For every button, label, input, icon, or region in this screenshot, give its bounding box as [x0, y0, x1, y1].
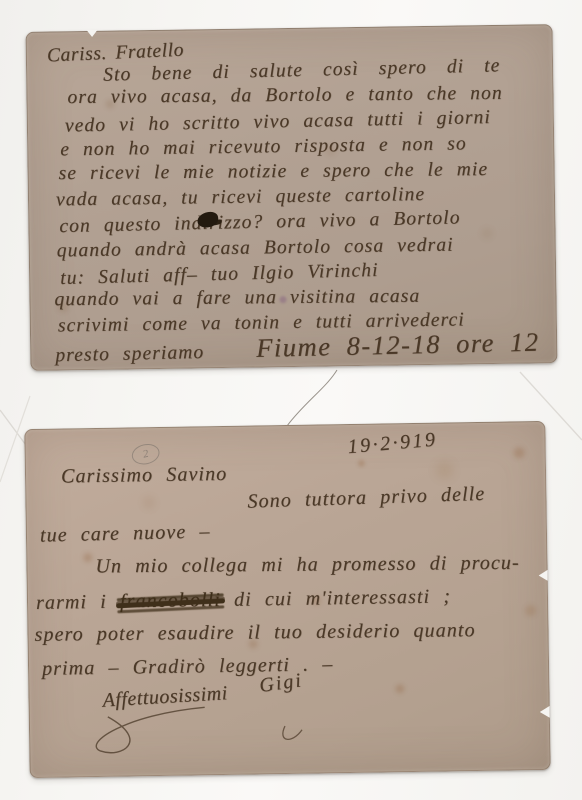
closing: Affettuosissimi — [102, 682, 228, 712]
handwritten-line: Sono tuttora privo delle — [247, 483, 486, 514]
edge-notch — [540, 706, 550, 718]
foxing-spots — [25, 430, 30, 435]
signature: Gigi — [258, 669, 304, 698]
struck-word: francobolli — [120, 589, 221, 613]
handwritten-line-with-scribble: rarmi i francobolli di cui m'interessast… — [36, 585, 451, 615]
closing-words: presto speriamo — [55, 342, 204, 366]
edge-notch — [86, 30, 97, 37]
foxing-spots — [27, 33, 32, 38]
handwritten-line: Un mio collega mi ha promesso di procu- — [95, 552, 519, 579]
line-suffix: di cui m'interessasti ; — [221, 585, 451, 611]
handwritten-line: quando vai a fare una visitina acasa — [54, 283, 545, 313]
salutation: Carissimo Savino — [61, 463, 228, 489]
handwritten-line: spero poter esaudire il tuo desiderio qu… — [34, 619, 475, 647]
postcard-bottom: 2 19·2·919 Carissimo Savino Sono tuttora… — [24, 421, 550, 778]
scribbled-out-word: francobolli — [120, 589, 221, 614]
line-prefix: rarmi i — [36, 591, 120, 614]
place-date: Fiume 8-12-18 ore 12 — [256, 327, 540, 363]
edge-notch — [539, 570, 548, 581]
handwritten-line: tue care nuove – — [40, 520, 211, 547]
handwritten-line: se ricevi le mie notizie e spero che le … — [59, 157, 544, 187]
pencil-note: 2 — [142, 448, 150, 461]
date: 19·2·919 — [347, 429, 439, 460]
postcard-top: Cariss. Fratello Sto bene di salute così… — [26, 24, 558, 371]
